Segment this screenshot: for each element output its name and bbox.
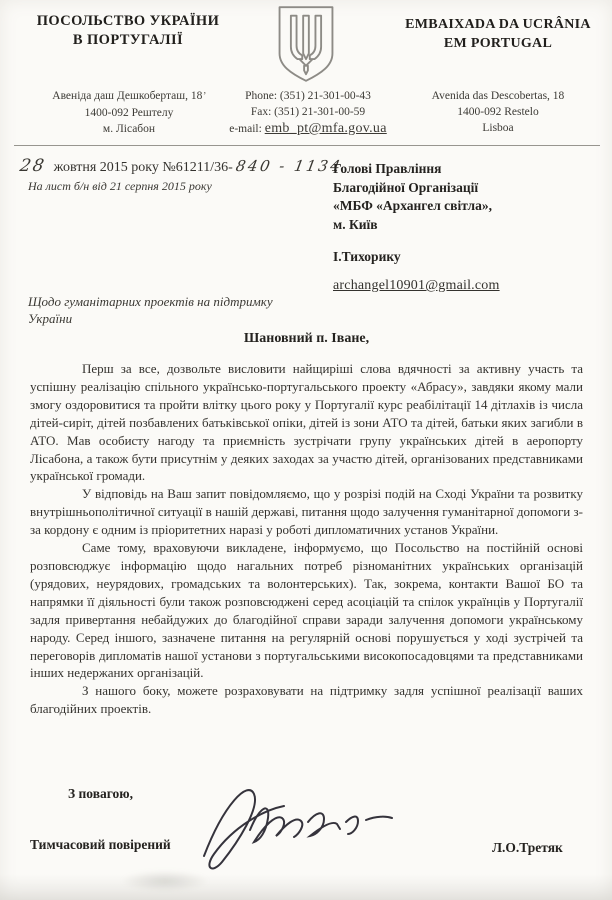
email-label: e-mail: xyxy=(229,123,262,135)
embassy-title-pt-line1: EMBAIXADA DA UCRÂNIA xyxy=(396,15,600,34)
fax-line: Fax: (351) 21-301-00-59 xyxy=(222,104,394,120)
handwritten-day: 28 xyxy=(18,156,47,176)
recipient-email: archangel10901@gmail.com xyxy=(333,278,500,294)
embassy-title-portuguese: EMBAIXADA DA UCRÂNIA EM PORTUGAL xyxy=(396,15,600,53)
embassy-address-portuguese: Avenida das Descobertas, 18 1400-092 Res… xyxy=(400,88,596,136)
embassy-address-ukrainian: Авеніда даш Дешкоберташ, 18ʼ 1400-092 Ре… xyxy=(16,88,242,137)
handwritten-outgoing-number: 840 - 1134 xyxy=(234,157,344,175)
recipient-block: Голові Правління Благодійної Організації… xyxy=(333,160,605,234)
recipient-line2: Благодійної Організації xyxy=(333,179,605,198)
embassy-title-ukrainian: ПОСОЛЬСТВО УКРАЇНИ В ПОРТУГАЛІЇ xyxy=(16,12,240,50)
subject-line: Щодо гуманітарних проектів на підтримку … xyxy=(28,293,338,327)
subject-line2: України xyxy=(28,310,338,327)
address-uk-line1: Авеніда даш Дешкоберташ, 18 xyxy=(52,90,202,102)
address-uk-line2: 1400-092 Рештелу xyxy=(16,105,242,121)
embassy-title-pt-line2: EM PORTUGAL xyxy=(396,34,600,53)
salutation: Шановний п. Іване, xyxy=(30,331,583,347)
body-paragraph: У відповідь на Ваш запит повідомляємо, щ… xyxy=(30,485,583,539)
address-pt-line1: Avenida das Descobertas, 18 xyxy=(400,88,596,104)
signer-title: Тимчасовий повірений xyxy=(30,837,171,853)
reply-reference-line: На лист б/н від 21 серпня 2015 року xyxy=(28,179,336,194)
recipient-line4: м. Київ xyxy=(333,216,605,235)
reference-block: 28жовтня 2015 року №61211/36-840 - 1134 … xyxy=(20,156,336,194)
body-paragraph: Саме тому, враховуючи викладене, інформу… xyxy=(30,539,583,682)
ukraine-trident-shield-icon xyxy=(272,4,340,84)
handwritten-signature xyxy=(190,776,415,876)
recipient-line1: Голові Правління xyxy=(333,160,605,179)
embassy-email: emb_pt@mfa.gov.ua xyxy=(265,121,387,136)
scan-smudge xyxy=(120,870,210,892)
letter-body: Шановний п. Іване, Перш за все, дозвольт… xyxy=(30,331,583,718)
scanned-letter-page: ПОСОЛЬСТВО УКРАЇНИ В ПОРТУГАЛІЇ EMBAIXAD… xyxy=(0,0,612,900)
embassy-title-uk-line2: В ПОРТУГАЛІЇ xyxy=(16,31,240,50)
embassy-title-uk-line1: ПОСОЛЬСТВО УКРАЇНИ xyxy=(16,12,240,31)
body-paragraph: Перш за все, дозвольте висловити найщирі… xyxy=(30,360,583,485)
pen-mark: ʼ xyxy=(202,91,205,102)
phone-line: Phone: (351) 21-301-00-43 xyxy=(222,88,394,104)
subject-line1: Щодо гуманітарних проектів на підтримку xyxy=(28,293,338,310)
address-pt-line3: Lisboa xyxy=(400,120,596,136)
signer-name: Л.О.Третяк xyxy=(492,840,563,856)
recipient-line3: «МБФ «Архангел світла», xyxy=(333,197,605,216)
email-line: e-mail: emb_pt@mfa.gov.ua xyxy=(222,121,394,137)
date-printed: жовтня 2015 року №61211/36- xyxy=(54,160,233,175)
address-uk-line3: м. Лісабон xyxy=(16,121,242,137)
recipient-name: І.Тихорику xyxy=(333,249,401,265)
closing-phrase: З повагою, xyxy=(68,786,133,802)
date-reference-line: 28жовтня 2015 року №61211/36-840 - 1134 xyxy=(20,156,336,176)
body-paragraph: З нашого боку, можете розраховувати на п… xyxy=(30,682,583,718)
address-pt-line2: 1400-092 Restelo xyxy=(400,104,596,120)
letterhead-divider xyxy=(14,145,600,146)
embassy-contacts: Phone: (351) 21-301-00-43 Fax: (351) 21-… xyxy=(222,88,394,137)
